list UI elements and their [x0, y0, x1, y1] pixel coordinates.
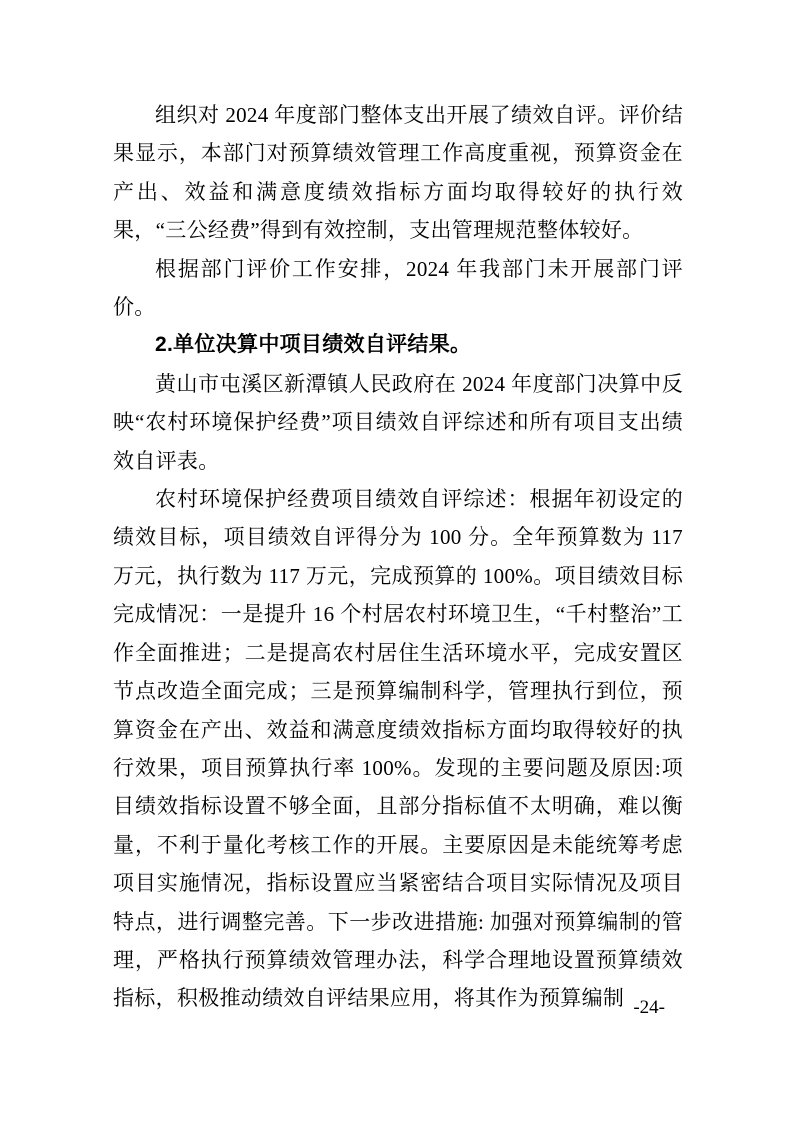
paragraph-rural-environment-project-summary: 农村环境保护经费项目绩效自评综述：根据年初设定的绩效目标，项目绩效自评得分为 1… [113, 480, 683, 1018]
page-number: -24- [633, 995, 665, 1021]
document-content: 组织对 2024 年度部门整体支出开展了绩效自评。评价结果显示，本部门对预算绩效… [113, 96, 683, 1018]
paragraph-self-evaluation-overview: 组织对 2024 年度部门整体支出开展了绩效自评。评价结果显示，本部门对预算绩效… [113, 96, 683, 250]
document-page: 组织对 2024 年度部门整体支出开展了绩效自评。评价结果显示，本部门对预算绩效… [0, 0, 793, 1122]
paragraph-department-evaluation: 根据部门评价工作安排，2024 年我部门未开展部门评价。 [113, 250, 683, 327]
section-heading-project-performance: 2.单位决算中项目绩效自评结果。 [113, 326, 683, 364]
paragraph-final-accounts-statement: 黄山市屯溪区新潭镇人民政府在 2024 年度部门决算中反映“农村环境保护经费”项… [113, 365, 683, 480]
